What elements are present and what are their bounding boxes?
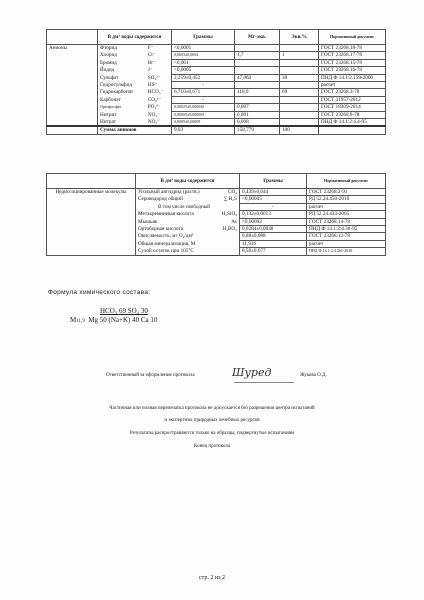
table-row: ЙодидJ⁻<0,0005ГОСТ 23268.16-78 — [47, 67, 386, 74]
table-header-row: В дм³ воды содержится Граммы Мг-экв. Экв… — [47, 30, 386, 45]
grams-cell: 0,0284±0,0048 — [240, 226, 307, 233]
table-header-row: В дм³ воды содержится Граммы Нормативный… — [47, 174, 386, 189]
molecule-formula: As — [218, 218, 240, 225]
sum-mg-eq: 158,779 — [235, 126, 280, 134]
table-row: ХлоридCl⁻0,0603±0,00541,71ГОСТ 23268.17-… — [47, 52, 386, 59]
mg-eq-cell: 0,001 — [235, 111, 280, 118]
formula-numerator: HCO₃ 69 SO₄ 30 — [100, 307, 148, 315]
grams-cell: 0,00025±0,000045 — [172, 104, 235, 111]
eq-pct-cell — [280, 59, 319, 66]
molecule-formula — [218, 203, 240, 210]
header-mg-eq: Мг-экв. — [235, 30, 280, 45]
ion-formula: NO₂⁻ — [146, 111, 172, 118]
molecule-formula — [218, 240, 240, 247]
note-reprint: Частичная или полная перепечатка протоко… — [0, 406, 424, 411]
molecule-name: Окисляемость, мг O₂/дм³ — [136, 233, 218, 240]
doc-cell: ГОСТ 23268.8-78 — [319, 111, 386, 118]
header-group — [47, 30, 98, 45]
ion-formula: Br⁻ — [146, 59, 172, 66]
doc-cell: ГОСТ 23268.3-78 — [319, 89, 386, 96]
ion-formula: HS⁻ — [146, 82, 172, 89]
ion-name: Нитрит — [98, 111, 146, 118]
molecule-formula — [218, 233, 240, 240]
doc-cell: ГОСТ 23268.16-78 — [319, 67, 386, 74]
sum-label: Сумма анионов — [98, 126, 172, 134]
eq-pct-cell — [280, 119, 319, 127]
molecule-formula: H₃BO₃ — [218, 226, 240, 233]
doc-cell: расчет — [307, 203, 386, 210]
ion-name: Сульфат — [98, 74, 146, 81]
responsible-name: Жукова О.Д. — [300, 373, 327, 378]
molecule-name: Общая минерализация, М — [136, 240, 218, 247]
doc-cell: расчет — [319, 82, 386, 89]
header-doc: Нормативный документ — [319, 30, 386, 45]
mg-eq-cell: 1,7 — [235, 52, 280, 59]
grams-cell: 0,00005±0,000005 — [172, 111, 235, 118]
header-content: В дм³ воды содержится — [98, 30, 172, 45]
doc-cell: РД 52.24.433-2005 — [307, 211, 386, 218]
header-group — [47, 174, 136, 189]
table-row: АнионыФторидF⁻<0,0001ГОСТ 23268.18-78 — [47, 45, 386, 52]
sum-grams: 9,03 — [172, 126, 235, 134]
grams-cell: <0,0001 — [172, 45, 235, 52]
molecule-name: Угольный ангидрид (раств.) — [136, 189, 218, 196]
table-row: БромидBr⁻<0,001ГОСТ 23268.15-78 — [47, 59, 386, 66]
molecule-name: Метакремниевая кислота — [136, 211, 218, 218]
table-row: СульфатSO₄²⁻2,259±0,45247,06330ПНД Ф 14.… — [47, 74, 386, 81]
ion-name: Хлорид — [98, 52, 146, 59]
mg-eq-cell — [235, 96, 280, 103]
ion-name: Ортофосфат — [98, 104, 146, 111]
eq-pct-cell — [280, 82, 319, 89]
grams-cell: 2,259±0,452 — [172, 74, 235, 81]
doc-cell: ГОСТ 18309-2014 — [319, 104, 386, 111]
doc-cell: ГОСТ 23268.17-78 — [319, 52, 386, 59]
note-end: Конец протокола — [0, 444, 424, 449]
molecule-name: В том числе свободный — [136, 203, 218, 210]
eq-pct-cell: 69 — [280, 89, 319, 96]
molecules-table: В дм³ воды содержится Граммы Нормативный… — [46, 173, 386, 256]
doc-cell: ГОСТ 23268.14-78 — [307, 218, 386, 225]
grams-cell: <0,00005 — [240, 196, 307, 203]
grams-cell: 0,0603±0,0054 — [172, 52, 235, 59]
table-row: ОртофосфатPO₄³⁻0,00025±0,0000450,007ГОСТ… — [47, 104, 386, 111]
formula-denominator: M11,9 Mg 50 (Na+K) 40 Ca 10 — [70, 316, 157, 324]
eq-pct-cell — [280, 67, 319, 74]
signature-line — [234, 382, 294, 383]
mg-eq-cell — [235, 45, 280, 52]
ion-formula: PO₄³⁻ — [146, 104, 172, 111]
table-row: НитритNO₂⁻0,00005±0,0000050,001ГОСТ 2326… — [47, 111, 386, 118]
doc-cell: ГОСТ 23268.2-91 — [307, 189, 386, 196]
molecule-formula — [218, 248, 240, 255]
molecule-formula: CO₂ — [218, 189, 240, 196]
molecule-formula: H₂SiO₃ — [218, 211, 240, 218]
mg-eq-cell: 0,008 — [235, 119, 280, 127]
ion-name: Гидрокарбонат — [98, 89, 146, 96]
grams-cell: <0,00002 — [240, 218, 307, 225]
grams-cell: 6,710±0,671 — [172, 89, 235, 96]
ion-formula: SO₄²⁻ — [146, 74, 172, 81]
doc-cell: РД 52.24.450-2010 — [307, 196, 386, 203]
header-grams: Граммы — [240, 174, 307, 189]
grams-cell: 0,132±0,0013 — [240, 211, 307, 218]
doc-cell: ПНД Ф 14.1:2.159-2000 — [319, 74, 386, 81]
grams-cell: 8,58±0,077 — [240, 248, 307, 255]
group-label: Недиссоциированные молекулы — [47, 189, 136, 256]
eq-pct-cell — [280, 96, 319, 103]
anions-table: В дм³ воды содержится Граммы Мг-экв. Экв… — [46, 29, 386, 135]
mg-eq-cell — [235, 82, 280, 89]
signature: Шуред — [232, 366, 271, 379]
formula-prefix-sub: 11,9 — [76, 319, 85, 324]
eq-pct-cell: 1 — [280, 52, 319, 59]
grams-cell: <0,0005 — [172, 67, 235, 74]
mg-eq-cell — [235, 67, 280, 74]
note-results: Результаты распространяются только на об… — [0, 431, 424, 436]
header-content: В дм³ воды содержится — [136, 174, 240, 189]
group-label: Анионы — [47, 45, 98, 127]
molecule-formula: ∑ H₂S — [218, 196, 240, 203]
ion-formula: Cl⁻ — [146, 52, 172, 59]
ion-name: Нитрат — [98, 119, 146, 127]
mg-eq-cell: 0,007 — [235, 104, 280, 111]
ion-name: Йодид — [98, 67, 146, 74]
doc-cell: ГОСТ 23268.12-78 — [307, 233, 386, 240]
eq-pct-cell — [280, 111, 319, 118]
ion-formula: CO₃²⁻ — [146, 96, 172, 103]
sum-doc — [319, 126, 386, 134]
doc-cell: ПНД Ф 14.1:2:4.36-95 — [307, 226, 386, 233]
ion-name: Фторид — [98, 45, 146, 52]
formula-title: Формула химического состава: — [48, 289, 150, 296]
header-doc: Нормативный документ — [307, 174, 386, 189]
molecule-name: Сероводород общий — [136, 196, 218, 203]
grams-cell: 11,936 — [240, 240, 307, 247]
doc-cell: ГОСТ 31957-2012 — [319, 96, 386, 103]
table-row: ГидросульфидHS⁻-расчет — [47, 82, 386, 89]
mg-eq-cell: 47,063 — [235, 74, 280, 81]
note-reprint-cont: и экспертизы природных лечебных ресурсов — [0, 418, 424, 423]
table-row: НитратNO₃⁻0,0005±0,000090,008ПНД Ф 14.1:… — [47, 119, 386, 127]
table-row: ГидрокарбонатHCO₃⁻6,710±0,671110,069ГОСТ… — [47, 89, 386, 96]
doc-cell: ГОСТ 23268.15-78 — [319, 59, 386, 66]
formula-denominator-text: Mg 50 (Na+K) 40 Ca 10 — [88, 316, 157, 324]
grams-cell: - — [172, 82, 235, 89]
grams-cell: - — [240, 203, 307, 210]
table-row: Недиссоциированные молекулыУгольный анги… — [47, 189, 386, 196]
sum-row: Сумма анионов 9,03 158,779 100 — [47, 126, 386, 134]
ion-formula: HCO₃⁻ — [146, 89, 172, 96]
sum-empty — [47, 126, 98, 134]
molecule-name: Сухой остаток при 105°C — [136, 248, 218, 255]
header-eq-pct: Экв.% — [280, 30, 319, 45]
eq-pct-cell: 30 — [280, 74, 319, 81]
ion-formula: F⁻ — [146, 45, 172, 52]
ion-name: Гидросульфид — [98, 82, 146, 89]
ion-name: Бромид — [98, 59, 146, 66]
mg-eq-cell — [235, 59, 280, 66]
grams-cell: <0,001 — [172, 59, 235, 66]
page-number: стр. 2 из 2 — [0, 575, 424, 581]
molecule-name: Мышьяк — [136, 218, 218, 225]
eq-pct-cell — [280, 104, 319, 111]
molecule-name: Ортоборная кислота — [136, 226, 218, 233]
doc-cell: расчет — [307, 240, 386, 247]
grams-cell: 0,88±0,088 — [240, 233, 307, 240]
ion-formula: J⁻ — [146, 67, 172, 74]
ion-formula: NO₃⁻ — [146, 119, 172, 127]
grams-cell: 0,439±0,044 — [240, 189, 307, 196]
table-row: КарбонатCO₃²⁻-ГОСТ 31957-2012 — [47, 96, 386, 103]
doc-cell: ГОСТ 23268.18-78 — [319, 45, 386, 52]
header-grams: Граммы — [172, 30, 235, 45]
doc-cell: ПНД Ф 14.1:2:4.261-2010 — [307, 248, 386, 255]
ion-name: Карбонат — [98, 96, 146, 103]
mg-eq-cell: 110,0 — [235, 89, 280, 96]
grams-cell: - — [172, 96, 235, 103]
eq-pct-cell — [280, 45, 319, 52]
sum-eq-pct: 100 — [280, 126, 319, 134]
doc-cell: ПНД Ф 14.1:2:4.4-95 — [319, 119, 386, 127]
grams-cell: 0,0005±0,00009 — [172, 119, 235, 127]
responsible-label: Ответственный за оформление протокола — [106, 373, 195, 378]
